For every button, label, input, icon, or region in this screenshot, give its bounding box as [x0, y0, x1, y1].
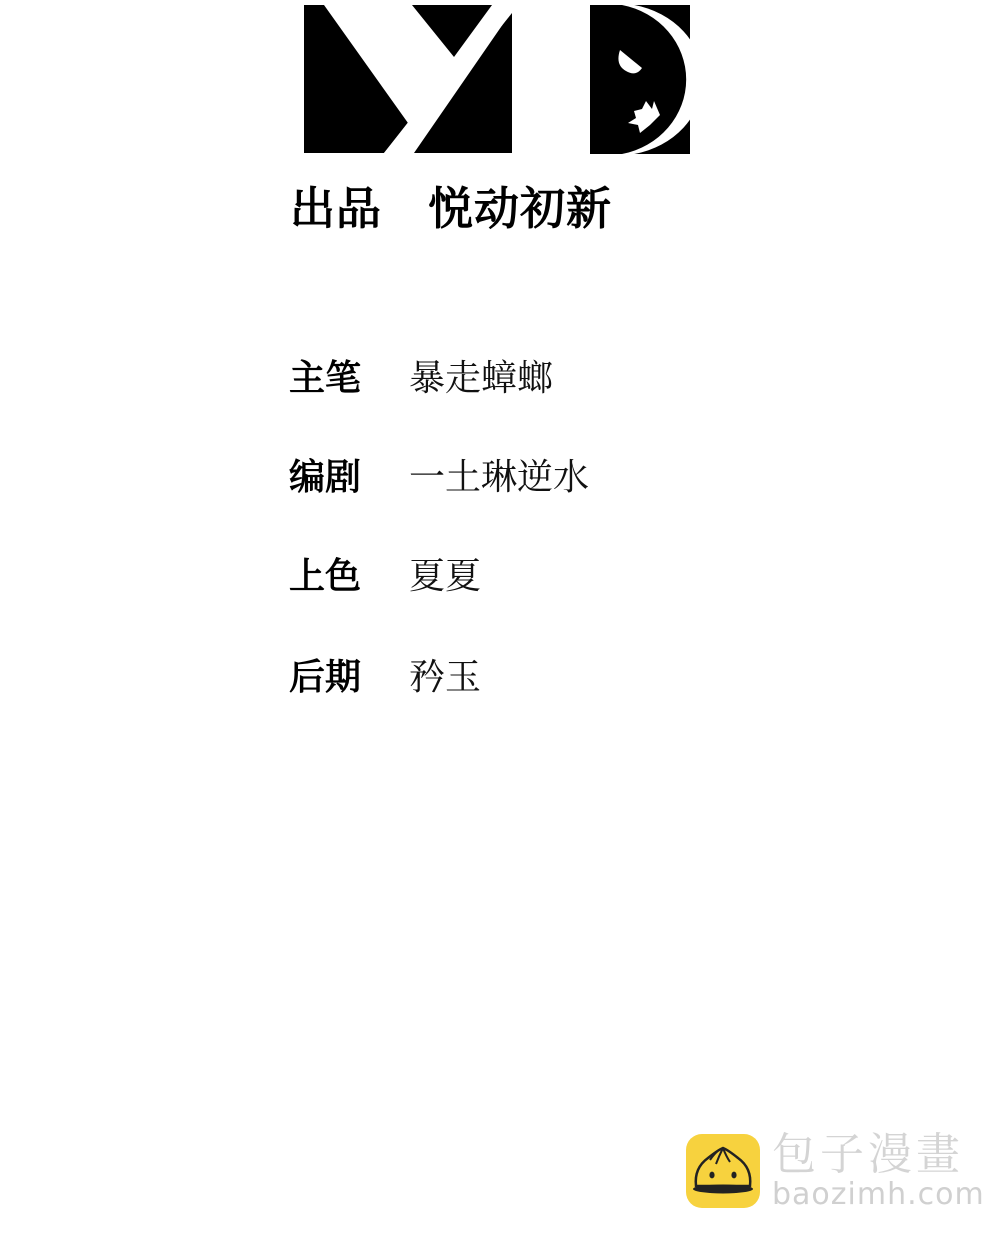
- credit-name: 夏夏: [409, 548, 481, 599]
- publisher-line: 出品 悦动初新: [290, 174, 612, 234]
- credit-row-writer: 编剧 一土琳逆水: [289, 449, 589, 499]
- credit-name: 一土琳逆水: [409, 449, 589, 500]
- baozimh-watermark: 包子漫畫 baozimh.com: [686, 1131, 985, 1211]
- credit-row-colorist: 上色 夏夏: [289, 548, 481, 598]
- credit-role: 主笔: [289, 350, 409, 401]
- credit-name: 矜玉: [409, 649, 481, 700]
- watermark-url: baozimh.com: [772, 1179, 985, 1211]
- credit-row-artist: 主笔 暴走蟑螂: [289, 350, 553, 400]
- credit-name: 暴走蟑螂: [409, 350, 553, 401]
- watermark-title: 包子漫畫: [772, 1131, 985, 1179]
- publisher-name: 悦动初新: [428, 172, 612, 237]
- watermark-text: 包子漫畫 baozimh.com: [772, 1131, 985, 1211]
- credit-role: 编剧: [289, 449, 409, 500]
- steamed-bun-icon: [686, 1134, 760, 1208]
- credit-role: 上色: [289, 548, 409, 599]
- credit-role: 后期: [289, 649, 409, 700]
- publisher-label: 出品: [290, 172, 382, 237]
- credit-row-post-production: 后期 矜玉: [289, 649, 481, 699]
- publisher-logo-d-mark: [590, 5, 690, 154]
- publisher-logo-y-mark: [304, 5, 512, 153]
